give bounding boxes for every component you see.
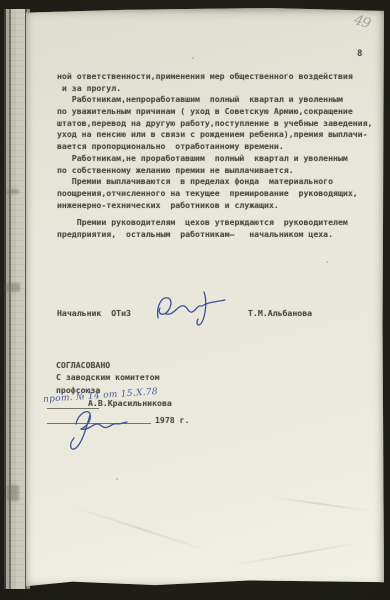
paper-speck — [192, 57, 194, 59]
paper-crease — [227, 541, 365, 567]
text-line: уход на пенсию или в связи с рождением р… — [57, 129, 383, 141]
edge-bleed-mark — [7, 485, 19, 501]
signatory-title: Начальник ОТиЗ — [57, 308, 131, 318]
date-year: 1978 г. — [155, 415, 190, 425]
paper-speck — [116, 478, 118, 480]
text-line: инженерно-технических работников и служа… — [57, 200, 383, 212]
approval-line: С заводским комитетом — [56, 372, 160, 382]
text-line: Премии выплачиваются в пределах фонда ма… — [57, 176, 383, 188]
page-number: 8 — [357, 49, 362, 59]
paper-crease — [266, 495, 375, 512]
text-line: Работникам,не проработавшим полный кварт… — [57, 153, 383, 165]
text-line: ной ответственности,применения мер общес… — [57, 71, 383, 83]
text-line: штатов,перевод на другую работу,поступле… — [57, 118, 383, 130]
document-body-text: ной ответственности,применения мер общес… — [57, 71, 383, 240]
edge-bleed-mark — [7, 189, 19, 194]
text-line: предприятия, остальным работникам— начал… — [57, 229, 383, 241]
text-line: Работникам,непроработавшим полный кварта… — [57, 94, 383, 106]
text-line: вается пропорционально отработанному вре… — [57, 141, 383, 153]
text-line: поощрения,отчисленного на текущее премир… — [57, 188, 383, 200]
signatory-name: Т.М.Альбанова — [248, 308, 312, 318]
paper-speck — [326, 261, 328, 263]
signature-albanova — [152, 288, 232, 332]
signature-krasilnikova — [66, 402, 136, 452]
document-page: 49 8 ной ответственности,применения мер … — [26, 8, 384, 588]
paper-crease — [69, 505, 212, 553]
handwritten-folio-number: 49 — [352, 12, 372, 32]
text-line: по собственному желанию премии не выплач… — [57, 165, 383, 177]
text-line: по уважительным причинам ( уход в Советс… — [57, 106, 383, 118]
approval-heading: СОГЛАСОВАНО — [56, 360, 110, 370]
text-line: и за прогул. — [57, 83, 383, 95]
edge-bleed-mark — [6, 283, 20, 292]
text-line: Премии руководителям цехов утверждаются … — [57, 217, 383, 229]
